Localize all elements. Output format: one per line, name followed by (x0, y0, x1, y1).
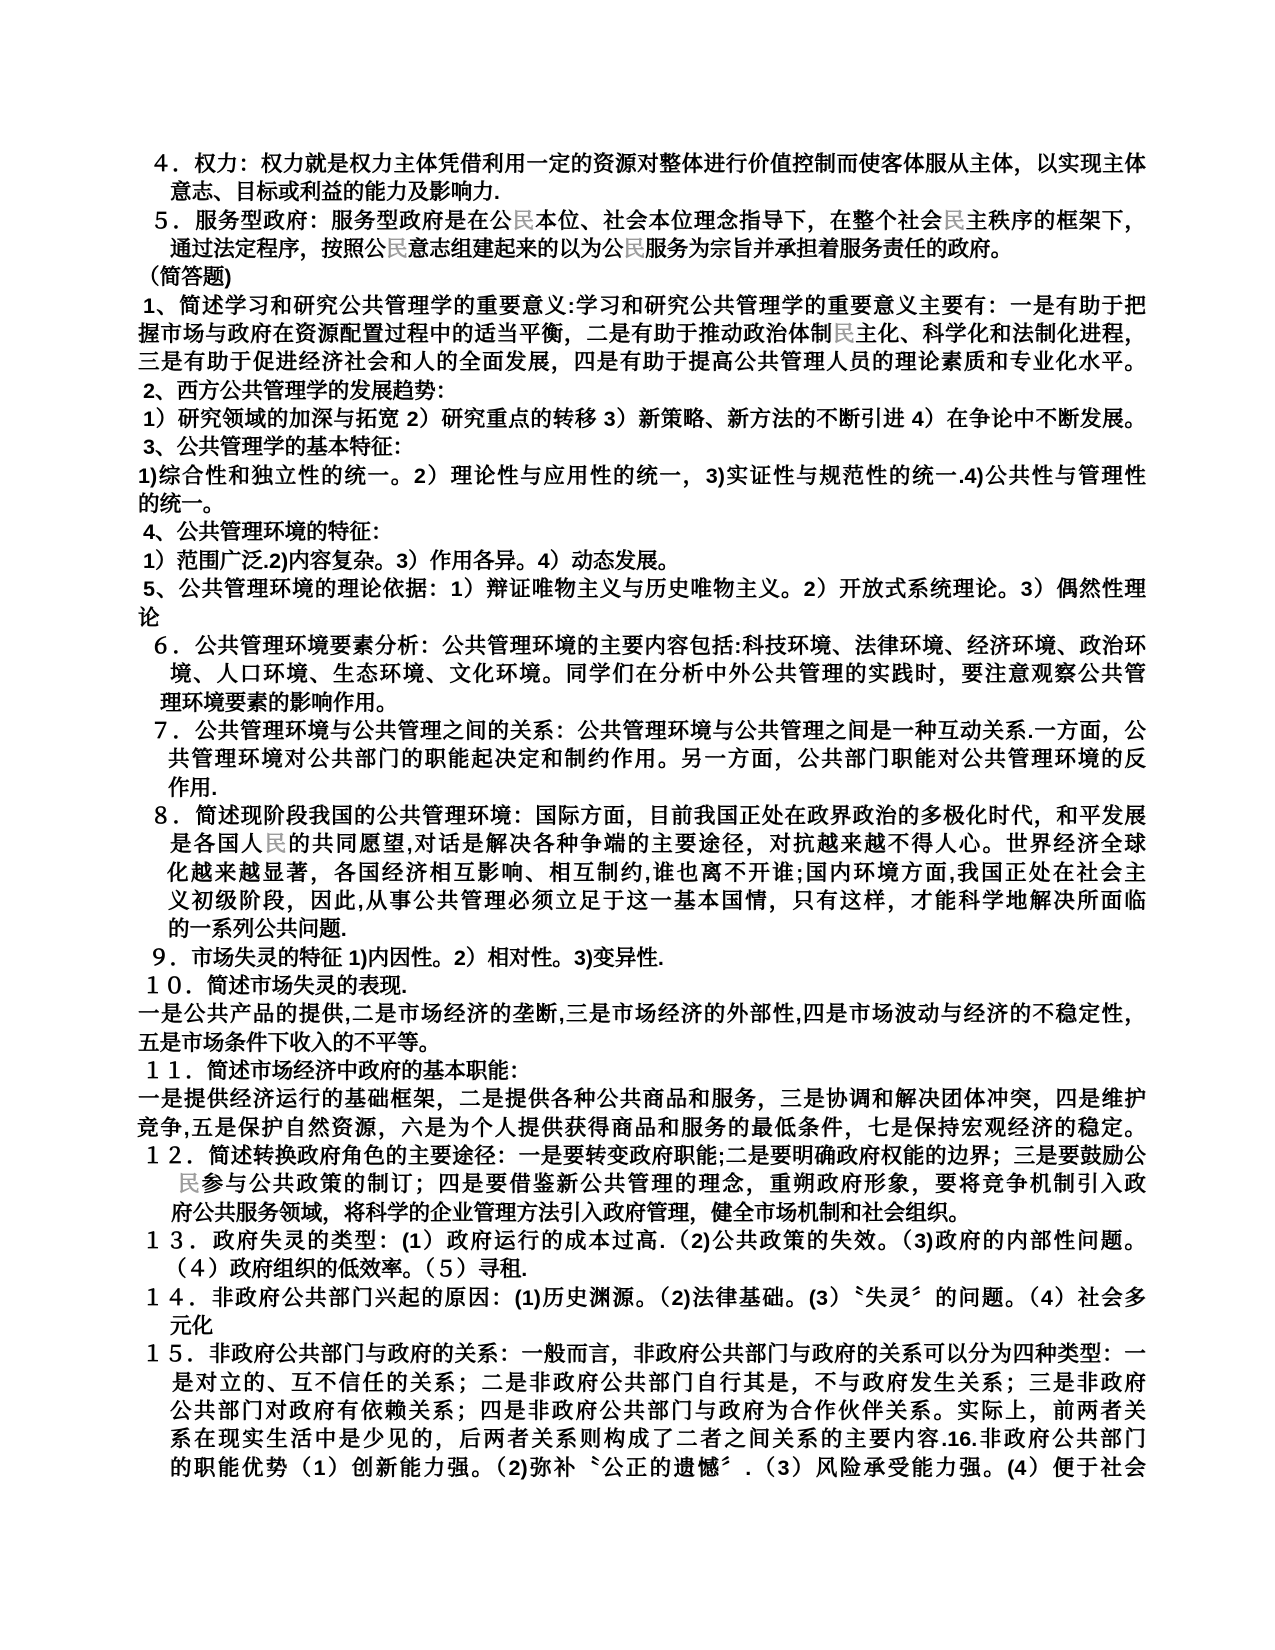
text-line: 系在现实生活中是少见的，后两者关系则构成了二者之间关系的主要内容.16.非政府公… (170, 1425, 1146, 1453)
text-line: 握市场与政府在资源配置过程中的适当平衡，二是有助于推动政治体制民主化、科学化和法… (138, 320, 1146, 348)
text-line: １０．简述市场失灵的表现. (142, 972, 1146, 1000)
substituted-glyph: 民 (178, 1171, 202, 1196)
text-line: 民参与公共政策的制订；四是要借鉴新公共管理的理念，重朔政府形象，要将竞争机制引入… (178, 1170, 1146, 1198)
text-line: 竞争,五是保护自然资源，六是为个人提供获得商品和服务的最低条件，七是保持宏观经济… (137, 1114, 1146, 1142)
text-line: １３．政府失灵的类型：(1）政府运行的成本过高.（2)公共政策的失效。（3)政府… (142, 1227, 1146, 1255)
substituted-glyph: 民 (265, 831, 289, 856)
text-line: 义初级阶段，因此,从事公共管理必须立足于这一基本国情，只有这样，才能科学地解决所… (168, 887, 1146, 915)
text-line: 2、西方公共管理学的发展趋势： (143, 377, 1146, 405)
text-line: 通过法定程序，按照公民意志组建起来的以为公民服务为宗旨并承担着服务责任的政府。 (170, 235, 1146, 263)
text-line: 理环境要素的影响作用。 (160, 689, 1146, 717)
text-line: （４）政府组织的低效率。（５）寻租. (165, 1255, 1146, 1283)
text-line: 作用. (168, 774, 1146, 802)
text-line: 论 (138, 604, 1146, 632)
text-line: ４．权力：权力就是权力主体凭借利用一定的资源对整体进行价值控制而使客体服从主体，… (150, 150, 1146, 178)
text-line: 1）范围广泛.2)内容复杂。3）作用各异。4）动态发展。 (143, 547, 1146, 575)
text-line: 意志、目标或利益的能力及影响力. (170, 178, 1146, 206)
text-line: 三是有助于促进经济社会和人的全面发展，四是有助于提高公共管理人员的理论素质和专业… (138, 348, 1146, 376)
text-line: （简答题) (138, 263, 1146, 291)
text-line: 的统一。 (138, 490, 1146, 518)
text-line: 境、人口环境、生态环境、文化环境。同学们在分析中外公共管理的实践时，要注意观察公… (170, 660, 1146, 688)
text-line: 1、简述学习和研究公共管理学的重要意义:学习和研究公共管理学的重要意义主要有：一… (143, 292, 1146, 320)
text-line: 3、公共管理学的基本特征： (143, 433, 1146, 461)
substituted-glyph: 民 (624, 236, 646, 261)
text-line: ９．市场失灵的特征 1)内因性。2）相对性。3)变异性. (148, 944, 1146, 972)
text-line: 1)综合性和独立性的统一。2）理论性与应用性的统一，3)实证性与规范性的统一.4… (138, 462, 1146, 490)
text-line: ７．公共管理环境与公共管理之间的关系：公共管理环境与公共管理之间是一种互动关系.… (150, 717, 1146, 745)
text-line: １１．简述市场经济中政府的基本职能： (142, 1057, 1146, 1085)
substituted-glyph: 民 (943, 208, 966, 233)
text-line: 府公共服务领域，将科学的企业管理方法引入政府管理，健全市场机制和社会组织。 (171, 1199, 1146, 1227)
text-line: 是对立的、互不信任的关系；二是非政府公共部门自行其是，不与政府发生关系；三是非政… (172, 1369, 1146, 1397)
text-line: 公共部门对政府有依赖关系；四是非政府公共部门与政府为合作伙伴关系。实际上，前两者… (170, 1397, 1146, 1425)
text-line: 4、公共管理环境的特征： (143, 518, 1146, 546)
document-body: ４．权力：权力就是权力主体凭借利用一定的资源对整体进行价值控制而使客体服从主体，… (0, 150, 1275, 1482)
substituted-glyph: 民 (513, 208, 536, 233)
text-line: 是各国人民的共同愿望,对话是解决各种争端的主要途径，对抗越来越不得人心。世界经济… (170, 830, 1146, 858)
document-page: ４．权力：权力就是权力主体凭借利用一定的资源对整体进行价值控制而使客体服从主体，… (0, 0, 1275, 1650)
text-line: 元化 (170, 1312, 1146, 1340)
text-line: 化越来越显著，各国经济相互影响、相互制约,谁也离不开谁;国内环境方面,我国正处在… (167, 859, 1146, 887)
text-line: １５．非政府公共部门与政府的关系：一般而言，非政府公共部门与政府的关系可以分为四… (142, 1340, 1146, 1368)
text-line: ８．简述现阶段我国的公共管理环境：国际方面，目前我国正处在政界政治的多极化时代，… (150, 802, 1146, 830)
text-line: 1）研究领域的加深与拓宽 2）研究重点的转移 3）新策略、新方法的不断引进 4）… (143, 405, 1146, 433)
text-line: 一是公共产品的提供,二是市场经济的垄断,三是市场经济的外部性,四是市场波动与经济… (138, 1000, 1146, 1028)
substituted-glyph: 民 (833, 321, 855, 346)
text-line: ６．公共管理环境要素分析：公共管理环境的主要内容包括:科技环境、法律环境、经济环… (150, 632, 1146, 660)
text-line: １４．非政府公共部门兴起的原因：(1)历史渊源。（2)法律基础。(3）〝失灵〞的… (142, 1284, 1146, 1312)
text-line: 的职能优势（1）创新能力强。（2)弥补〝公正的遗憾〞.（3）风险承受能力强。(4… (170, 1454, 1146, 1482)
text-line: ５．服务型政府：服务型政府是在公民本位、社会本位理念指导下，在整个社会民主秩序的… (150, 207, 1146, 235)
text-line: 共管理环境对公共部门的职能起决定和制约作用。另一方面，公共部门职能对公共管理环境… (168, 745, 1146, 773)
substituted-glyph: 民 (386, 236, 408, 261)
text-line: 一是提供经济运行的基础框架，二是提供各种公共商品和服务，三是协调和解决团体冲突，… (138, 1085, 1146, 1113)
text-line: 5、公共管理环境的理论依据：1）辩证唯物主义与历史唯物主义。2）开放式系统理论。… (143, 575, 1146, 603)
text-line: 的一系列公共问题. (168, 915, 1146, 943)
text-line: 五是市场条件下收入的不平等。 (138, 1029, 1146, 1057)
text-line: １２．简述转换政府角色的主要途径：一是要转变政府职能;二是要明确政府权能的边界；… (142, 1142, 1146, 1170)
